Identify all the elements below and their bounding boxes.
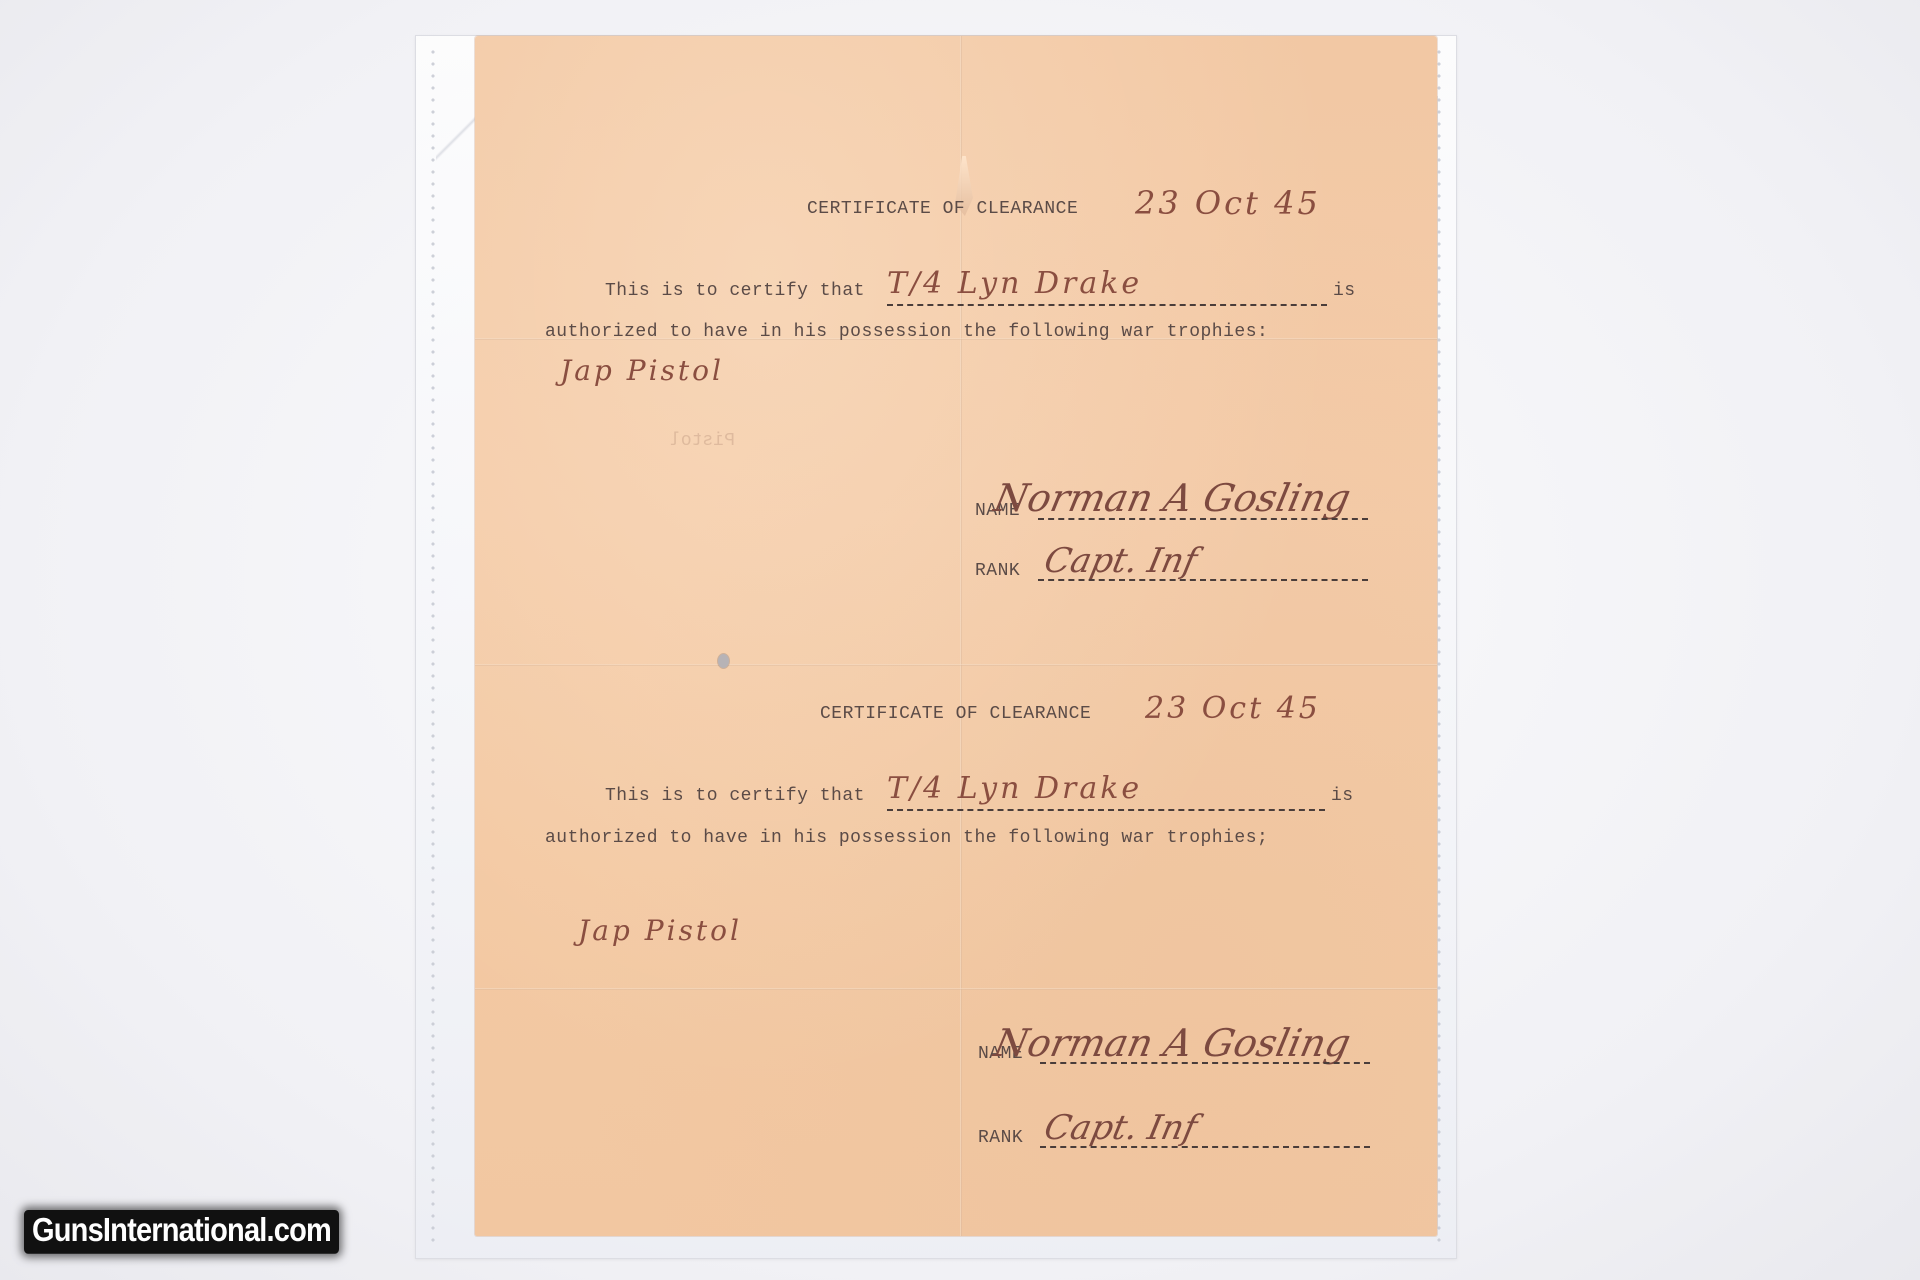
watermark-logo: GunsInternational.com bbox=[24, 1210, 339, 1254]
rank-line bbox=[1040, 1146, 1370, 1148]
handwritten-rank: Capt. Inf bbox=[1041, 1108, 1201, 1148]
handwritten-recipient-name: T/4 Lyn Drake bbox=[887, 266, 1142, 301]
certificate-document: Pistol CERTIFICATE OF CLEARANCE 23 Oct 4… bbox=[475, 36, 1437, 1236]
signature: Norman A Gosling bbox=[990, 1021, 1354, 1065]
authorization-text: authorized to have in his possession the… bbox=[545, 828, 1268, 848]
certificate-title: CERTIFICATE OF CLEARANCE bbox=[807, 199, 1078, 219]
handwritten-trophy: Jap Pistol bbox=[560, 354, 724, 387]
signature-line bbox=[1040, 1062, 1370, 1064]
name-line bbox=[887, 304, 1327, 306]
handwritten-date: 23 Oct 45 bbox=[1145, 691, 1321, 726]
sleeve-fold bbox=[436, 76, 480, 196]
horizontal-fold-crease bbox=[475, 664, 1437, 666]
certify-suffix: is bbox=[1331, 786, 1354, 806]
photo-stage: Pistol CERTIFICATE OF CLEARANCE 23 Oct 4… bbox=[0, 0, 1920, 1280]
certify-suffix: is bbox=[1333, 281, 1356, 301]
name-line bbox=[887, 809, 1325, 811]
rank-label: RANK bbox=[978, 1128, 1023, 1148]
handwritten-date: 23 Oct 45 bbox=[1135, 184, 1321, 222]
certify-prefix: This is to certify that bbox=[605, 281, 865, 301]
bleed-through-text: Pistol bbox=[670, 431, 735, 451]
rank-label: RANK bbox=[975, 561, 1020, 581]
handwritten-recipient-name: T/4 Lyn Drake bbox=[887, 771, 1142, 806]
handwritten-rank: Capt. Inf bbox=[1041, 541, 1201, 581]
certificate-title: CERTIFICATE OF CLEARANCE bbox=[820, 704, 1091, 724]
signature: Norman A Gosling bbox=[990, 476, 1354, 520]
sleeve-perforation-left bbox=[430, 46, 436, 1248]
signature-line bbox=[1038, 518, 1368, 520]
authorization-text: authorized to have in his possession the… bbox=[545, 322, 1268, 342]
handwritten-trophy: Jap Pistol bbox=[578, 914, 742, 947]
certify-prefix: This is to certify that bbox=[605, 786, 865, 806]
punch-hole bbox=[718, 654, 729, 668]
horizontal-fold-crease bbox=[475, 988, 1437, 990]
rank-line bbox=[1038, 579, 1368, 581]
